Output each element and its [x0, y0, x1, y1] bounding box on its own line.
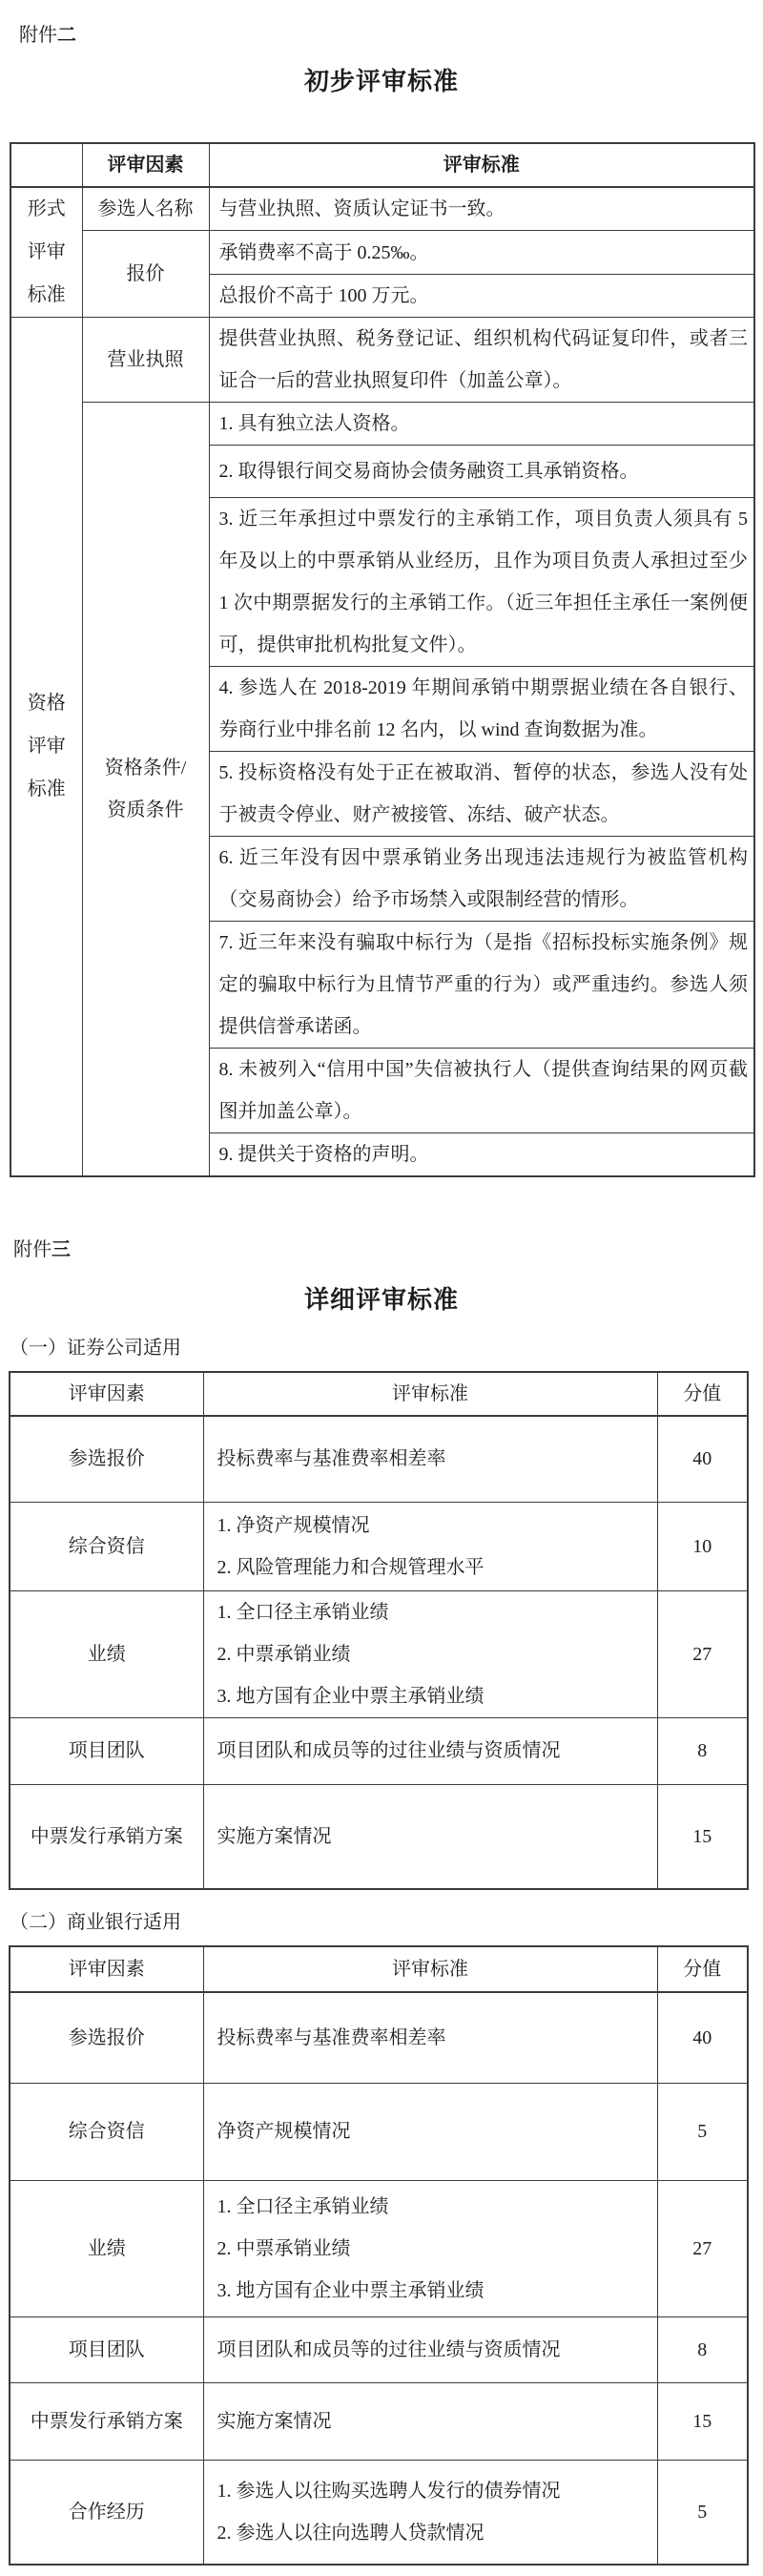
score-cell: 8	[657, 2316, 748, 2382]
standard-cell: 1. 具有独立法人资格。	[209, 403, 754, 446]
score-cell: 8	[657, 1717, 748, 1784]
header-standard-cell: 评审标准	[203, 1372, 657, 1416]
attachment3-label: 附件三	[13, 1238, 763, 1262]
standard-cell: 8. 未被列入“信用中国”失信被执行人（提供查询结果的网页截图并加盖公章）。	[209, 1049, 754, 1133]
standard-cell: 6. 近三年没有因中票承销业务出现违法违规行为被监管机构（交易商协会）给予市场禁…	[209, 837, 754, 922]
table-row: 综合资信 净资产规模情况 5	[10, 2083, 748, 2180]
header-score-cell: 分值	[657, 1946, 748, 1992]
factor-cell: 中票发行承销方案	[10, 2382, 203, 2460]
qualification-section-label: 资格评审标准	[26, 682, 68, 811]
score-cell: 40	[657, 1992, 748, 2083]
header-factor-cell: 评审因素	[82, 143, 209, 187]
factor-cell: 营业执照	[82, 318, 209, 403]
table-row: 资格条件/ 资质条件 1. 具有独立法人资格。	[10, 403, 754, 446]
standard-cell: 9. 提供关于资格的声明。	[209, 1133, 754, 1177]
standard-cell: 净资产规模情况	[203, 2083, 657, 2180]
header-empty-cell	[10, 143, 82, 187]
standard-cell: 3. 近三年承担过中票发行的主承销工作，项目负责人须具有 5 年及以上的中票承销…	[209, 498, 754, 667]
header-standard-cell: 评审标准	[209, 143, 754, 187]
standard-cell: 提供营业执照、税务登记证、组织机构代码证复印件，或者三证合一后的营业执照复印件（…	[209, 318, 754, 403]
standard-cell: 5. 投标资格没有处于正在被取消、暂停的状态，参选人没有处于被责令停业、财产被接…	[209, 752, 754, 837]
table-row: 中票发行承销方案 实施方案情况 15	[10, 1784, 748, 1889]
standard-cell: 4. 参选人在 2018-2019 年期间承销中期票据业绩在各自银行、券商行业中…	[209, 667, 754, 752]
factor-cell: 参选报价	[10, 1992, 203, 2083]
standard-cell: 2. 取得银行间交易商协会债务融资工具承销资格。	[209, 446, 754, 498]
formal-section-cell: 形式评审标准	[10, 187, 82, 318]
table-header-row: 评审因素 评审标准	[10, 143, 754, 187]
table-row: 参选报价 投标费率与基准费率相差率 40	[10, 1416, 748, 1502]
standard-cell: 与营业执照、资质认定证书一致。	[209, 187, 754, 231]
header-factor-cell: 评审因素	[10, 1372, 203, 1416]
factor-cell: 综合资信	[10, 1502, 203, 1590]
table-row: 形式评审标准 参选人名称 与营业执照、资质认定证书一致。	[10, 187, 754, 231]
section1-subtitle: （一）证券公司适用	[10, 1336, 763, 1361]
table-row: 业绩 1. 全口径主承销业绩 2. 中票承销业绩 3. 地方国有企业中票主承销业…	[10, 1590, 748, 1717]
standard-cell: 承销费率不高于 0.25‰。	[209, 231, 754, 275]
factor-cell: 中票发行承销方案	[10, 1784, 203, 1889]
factor-cell: 合作经历	[10, 2460, 203, 2565]
table-row: 项目团队 项目团队和成员等的过往业绩与资质情况 8	[10, 1717, 748, 1784]
table-row: 业绩 1. 全口径主承销业绩 2. 中票承销业绩 3. 地方国有企业中票主承销业…	[10, 2180, 748, 2316]
formal-section-label: 形式评审标准	[26, 188, 68, 317]
standard-cell: 1. 全口径主承销业绩 2. 中票承销业绩 3. 地方国有企业中票主承销业绩	[203, 2180, 657, 2316]
table-header-row: 评审因素 评审标准 分值	[10, 1372, 748, 1416]
header-standard-cell: 评审标准	[203, 1946, 657, 1992]
attachment2-label-prefix: 附件	[19, 25, 57, 46]
score-cell: 15	[657, 2382, 748, 2460]
standard-cell: 投标费率与基准费率相差率	[203, 1992, 657, 2083]
attachment2-label: 附件二	[19, 24, 763, 48]
score-cell: 27	[657, 2180, 748, 2316]
table-row: 综合资信 1. 净资产规模情况 2. 风险管理能力和合规管理水平 10	[10, 1502, 748, 1590]
section2-subtitle: （二）商业银行适用	[10, 1910, 763, 1935]
factor-cell: 项目团队	[10, 1717, 203, 1784]
standard-cell: 实施方案情况	[203, 1784, 657, 1889]
standard-cell: 项目团队和成员等的过往业绩与资质情况	[203, 1717, 657, 1784]
standard-cell: 1. 全口径主承销业绩 2. 中票承销业绩 3. 地方国有企业中票主承销业绩	[203, 1590, 657, 1717]
score-cell: 15	[657, 1784, 748, 1889]
standard-cell: 1. 净资产规模情况 2. 风险管理能力和合规管理水平	[203, 1502, 657, 1590]
score-cell: 5	[657, 2083, 748, 2180]
score-cell: 27	[657, 1590, 748, 1717]
factor-cell: 综合资信	[10, 2083, 203, 2180]
preliminary-review-table: 评审因素 评审标准 形式评审标准 参选人名称 与营业执照、资质认定证书一致。 报…	[10, 142, 755, 1177]
quote-factor-cell: 报价	[82, 231, 209, 318]
table-row: 资格评审标准 营业执照 提供营业执照、税务登记证、组织机构代码证复印件，或者三证…	[10, 318, 754, 403]
factor-cell: 参选人名称	[82, 187, 209, 231]
factor-cell: 业绩	[10, 1590, 203, 1717]
score-cell: 5	[657, 2460, 748, 2565]
standard-cell: 1. 参选人以往购买选聘人发行的债券情况 2. 参选人以往向选聘人贷款情况	[203, 2460, 657, 2565]
table-row: 中票发行承销方案 实施方案情况 15	[10, 2382, 748, 2460]
score-cell: 10	[657, 1502, 748, 1590]
commercial-bank-table: 评审因素 评审标准 分值 参选报价 投标费率与基准费率相差率 40 综合资信 净…	[9, 1945, 749, 2566]
header-factor-cell: 评审因素	[10, 1946, 203, 1992]
qualification-section-cell: 资格评审标准	[10, 318, 82, 1177]
standard-cell: 投标费率与基准费率相差率	[203, 1416, 657, 1502]
standard-cell: 7. 近三年来没有骗取中标行为（是指《招标投标实施条例》规定的骗取中标行为且情节…	[209, 922, 754, 1049]
table-row: 报价 承销费率不高于 0.25‰。	[10, 231, 754, 275]
score-cell: 40	[657, 1416, 748, 1502]
factor-cell: 参选报价	[10, 1416, 203, 1502]
table-header-row: 评审因素 评审标准 分值	[10, 1946, 748, 1992]
standard-cell: 项目团队和成员等的过往业绩与资质情况	[203, 2316, 657, 2382]
attachment3-label-number: 三	[52, 1239, 71, 1260]
securities-company-table: 评审因素 评审标准 分值 参选报价 投标费率与基准费率相差率 40 综合资信 1…	[9, 1371, 749, 1890]
table-row: 项目团队 项目团队和成员等的过往业绩与资质情况 8	[10, 2316, 748, 2382]
table-row: 参选报价 投标费率与基准费率相差率 40	[10, 1992, 748, 2083]
standard-cell: 总报价不高于 100 万元。	[209, 275, 754, 318]
detailed-title: 详细评审标准	[0, 1285, 763, 1316]
factor-cell: 项目团队	[10, 2316, 203, 2382]
preliminary-title: 初步评审标准	[0, 67, 763, 97]
table-row: 合作经历 1. 参选人以往购买选聘人发行的债券情况 2. 参选人以往向选聘人贷款…	[10, 2460, 748, 2565]
conditions-factor-cell: 资格条件/ 资质条件	[82, 403, 209, 1177]
attachment3-label-prefix: 附件	[13, 1239, 52, 1260]
factor-cell: 业绩	[10, 2180, 203, 2316]
attachment2-label-number: 二	[57, 25, 76, 46]
standard-cell: 实施方案情况	[203, 2382, 657, 2460]
header-score-cell: 分值	[657, 1372, 748, 1416]
